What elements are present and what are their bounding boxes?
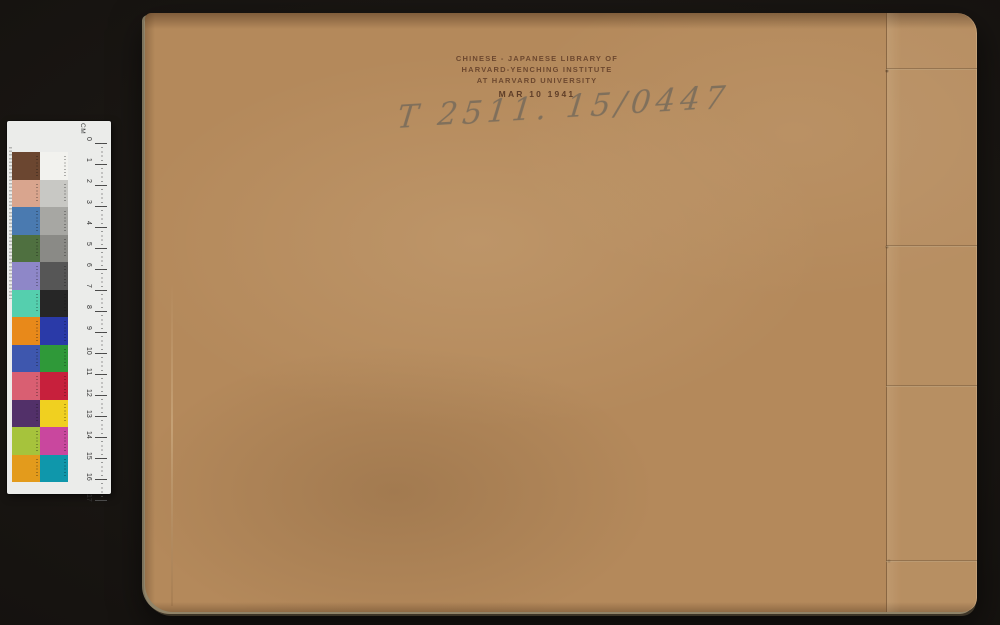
color-patch-yellow-green: [12, 427, 40, 455]
ruler-number-13: 13: [79, 410, 92, 418]
ruler-number-8: 8: [79, 305, 92, 309]
ruler-number-1: 1: [79, 158, 92, 162]
color-patch-royal-blue: [12, 345, 40, 373]
patch-column-left: [12, 152, 40, 482]
spine-fold-strip: [886, 13, 977, 612]
ruler-number-12: 12: [79, 389, 92, 397]
color-patch-steel-blue: [12, 207, 40, 235]
ruler-unit-label: CM: [79, 123, 86, 134]
color-patch-turquoise: [12, 290, 40, 318]
patch-column-right: [40, 152, 68, 482]
ruler-number-4: 4: [79, 221, 92, 225]
ruler-major-tick: [95, 500, 107, 501]
spine-crease-line: [886, 560, 977, 562]
ruler-number-10: 10: [79, 347, 92, 355]
color-patch-green: [40, 345, 68, 373]
stamp-line-2: HARVARD-YENCHING INSTITUTE: [417, 65, 657, 76]
stamp-line-1: CHINESE - JAPANESE LIBRARY OF: [417, 54, 657, 65]
color-patch-light-gray: [40, 180, 68, 208]
stamp-line-3: AT HARVARD UNIVERSITY: [417, 76, 657, 87]
color-patch-mid-gray: [40, 235, 68, 263]
color-patch-lavender: [12, 262, 40, 290]
spine-crease-line: [886, 245, 977, 247]
ruler-number-5: 5: [79, 242, 92, 246]
ruler-number-11: 11: [79, 368, 92, 375]
ruler-number-16: 16: [79, 473, 92, 481]
color-patch-red: [40, 372, 68, 400]
color-calibration-card: CM 01234567891011121314151617: [7, 121, 111, 494]
ruler-number-17: 17: [79, 494, 92, 502]
color-patch-violet: [12, 400, 40, 428]
color-patch-black: [40, 290, 68, 318]
color-patch-olive-green: [12, 235, 40, 263]
color-patch-orange: [12, 317, 40, 345]
color-patch-blue: [40, 317, 68, 345]
color-patch-yellow: [40, 400, 68, 428]
ruler-minor-ticks: [101, 143, 103, 500]
spine-crease-line: [886, 68, 977, 70]
ruler-number-3: 3: [79, 200, 92, 204]
ruler-number-0: 0: [79, 137, 92, 141]
left-fold-highlight: [171, 283, 173, 606]
color-patch-white: [40, 152, 68, 180]
ruler-number-9: 9: [79, 326, 92, 330]
color-patch-teal: [40, 455, 68, 483]
ruler-number-7: 7: [79, 284, 92, 288]
color-patch-gray: [40, 207, 68, 235]
spine-crease-line: [886, 385, 977, 387]
color-patch-dark-gray: [40, 262, 68, 290]
color-patch-magenta: [40, 427, 68, 455]
color-patch-dark-brown: [12, 152, 40, 180]
color-patch-amber: [12, 455, 40, 483]
photograph-stage: CHINESE - JAPANESE LIBRARY OF HARVARD-YE…: [0, 0, 1000, 625]
ruler-number-2: 2: [79, 179, 92, 183]
ruler-number-14: 14: [79, 431, 92, 439]
color-patch-light-skin: [12, 180, 40, 208]
color-patch-rose: [12, 372, 40, 400]
ruler-number-6: 6: [79, 263, 92, 267]
book-back-cover: CHINESE - JAPANESE LIBRARY OF HARVARD-YE…: [145, 13, 977, 612]
ruler-number-15: 15: [79, 452, 92, 460]
